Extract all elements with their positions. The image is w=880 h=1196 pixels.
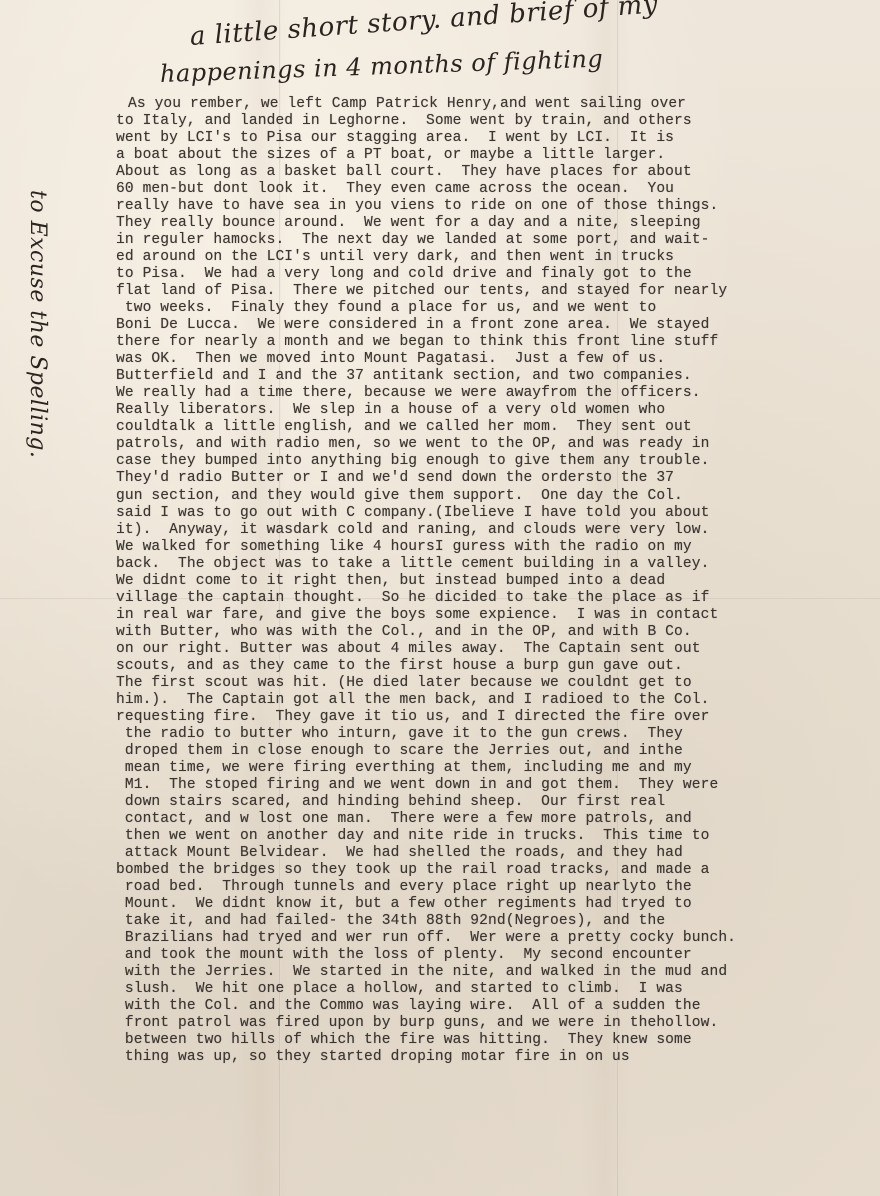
typed-line: Butterfield and I and the 37 antitank se… (116, 368, 692, 384)
typed-line: We walked for something like 4 hoursI gu… (116, 539, 692, 555)
typed-line: slush. We hit one place a hollow, and st… (116, 981, 683, 997)
typed-line: case they bumped into anything big enoug… (116, 453, 709, 469)
typed-line: and took the mount with the loss of plen… (116, 947, 692, 963)
typed-line: About as long as a basket ball court. Th… (116, 164, 692, 180)
typed-line: with Butter, who was with the Col., and … (116, 624, 692, 640)
typed-line: The first scout was hit. (He died later … (116, 675, 692, 691)
typed-line: requesting fire. They gave it tio us, an… (116, 709, 709, 725)
typed-line: front patrol was fired upon by burp guns… (116, 1015, 718, 1031)
typed-line: They'd radio Butter or I and we'd send d… (116, 470, 674, 486)
typed-line: said I was to go out with C company.(Ibe… (116, 505, 709, 521)
typed-line: They really bounce around. We went for a… (116, 215, 701, 231)
typed-line: there for nearly a month and we began to… (116, 334, 718, 350)
typed-line: back. The object was to take a little ce… (116, 556, 709, 572)
typed-line: attack Mount Belvidear. We had shelled t… (116, 845, 683, 861)
typed-line: couldtalk a little english, and we calle… (116, 419, 692, 435)
typed-line: really have to have sea in you viens to … (116, 198, 718, 214)
typed-line: down stairs scared, and hinding behind s… (116, 794, 665, 810)
handwritten-margin-note: to Excuse the Spelling. (25, 190, 50, 458)
typed-line: it). Anyway, it wasdark cold and raning,… (116, 522, 709, 538)
typed-line: bombed the bridges so they took up the r… (116, 862, 709, 878)
typed-line: 60 men-but dont look it. They even came … (116, 181, 674, 197)
typed-line: We didnt come to it right then, but inst… (116, 573, 665, 589)
typed-line: then we went on another day and nite rid… (116, 828, 709, 844)
typed-line: Boni De Lucca. We were considered in a f… (116, 317, 709, 333)
typed-line: Really liberators. We slep in a house of… (116, 402, 665, 418)
typed-line: take it, and had failed- the 34th 88th 9… (116, 913, 665, 929)
typed-line: in reguler hamocks. The next day we land… (116, 232, 709, 248)
typed-line: was OK. Then we moved into Mount Pagatas… (116, 351, 665, 367)
typed-line: in real war fare, and give the boys some… (116, 607, 718, 623)
typed-line: patrols, and with radio men, so we went … (116, 436, 709, 452)
typed-line: between two hills of which the fire was … (116, 1032, 692, 1048)
typed-line: ed around on the LCI's until very dark, … (116, 249, 674, 265)
typed-line: road bed. Through tunnels and every plac… (116, 879, 692, 895)
typed-line: the radio to butter who inturn, gave it … (116, 726, 683, 742)
typed-line: him.). The Captain got all the men back,… (116, 692, 709, 708)
typed-line: with the Col. and the Commo was laying w… (116, 998, 701, 1014)
typed-line: M1. The stoped firing and we went down i… (116, 777, 718, 793)
typed-line: thing was up, so they started droping mo… (116, 1049, 630, 1065)
typed-line: We really had a time there, because we w… (116, 385, 701, 401)
typed-line: a boat about the sizes of a PT boat, or … (116, 147, 665, 163)
typed-line: flat land of Pisa. There we pitched our … (116, 283, 727, 299)
typed-line: with the Jerries. We started in the nite… (116, 964, 727, 980)
typed-line: on our right. Butter was about 4 miles a… (116, 641, 701, 657)
typed-line: village the captain thought. So he dicid… (116, 590, 709, 606)
typed-line: droped them in close enough to scare the… (116, 743, 683, 759)
typed-line: As you rember, we left Camp Patrick Henr… (128, 96, 686, 112)
typed-line: gun section, and they would give them su… (116, 488, 683, 504)
typed-line: went by LCI's to Pisa our stagging area.… (116, 130, 674, 146)
typed-line: to Pisa. We had a very long and cold dri… (116, 266, 692, 282)
typed-line: two weeks. Finaly they found a place for… (116, 300, 656, 316)
typed-line: scouts, and as they came to the first ho… (116, 658, 683, 674)
typed-line: to Italy, and landed in Leghorne. Some w… (116, 113, 692, 129)
typed-line: contact, and w lost one man. There were … (116, 811, 692, 827)
typed-line: mean time, we were firing everthing at t… (116, 760, 692, 776)
typed-line: Brazilians had tryed and wer run off. We… (116, 930, 736, 946)
typed-line: Mount. We didnt know it, but a few other… (116, 896, 692, 912)
